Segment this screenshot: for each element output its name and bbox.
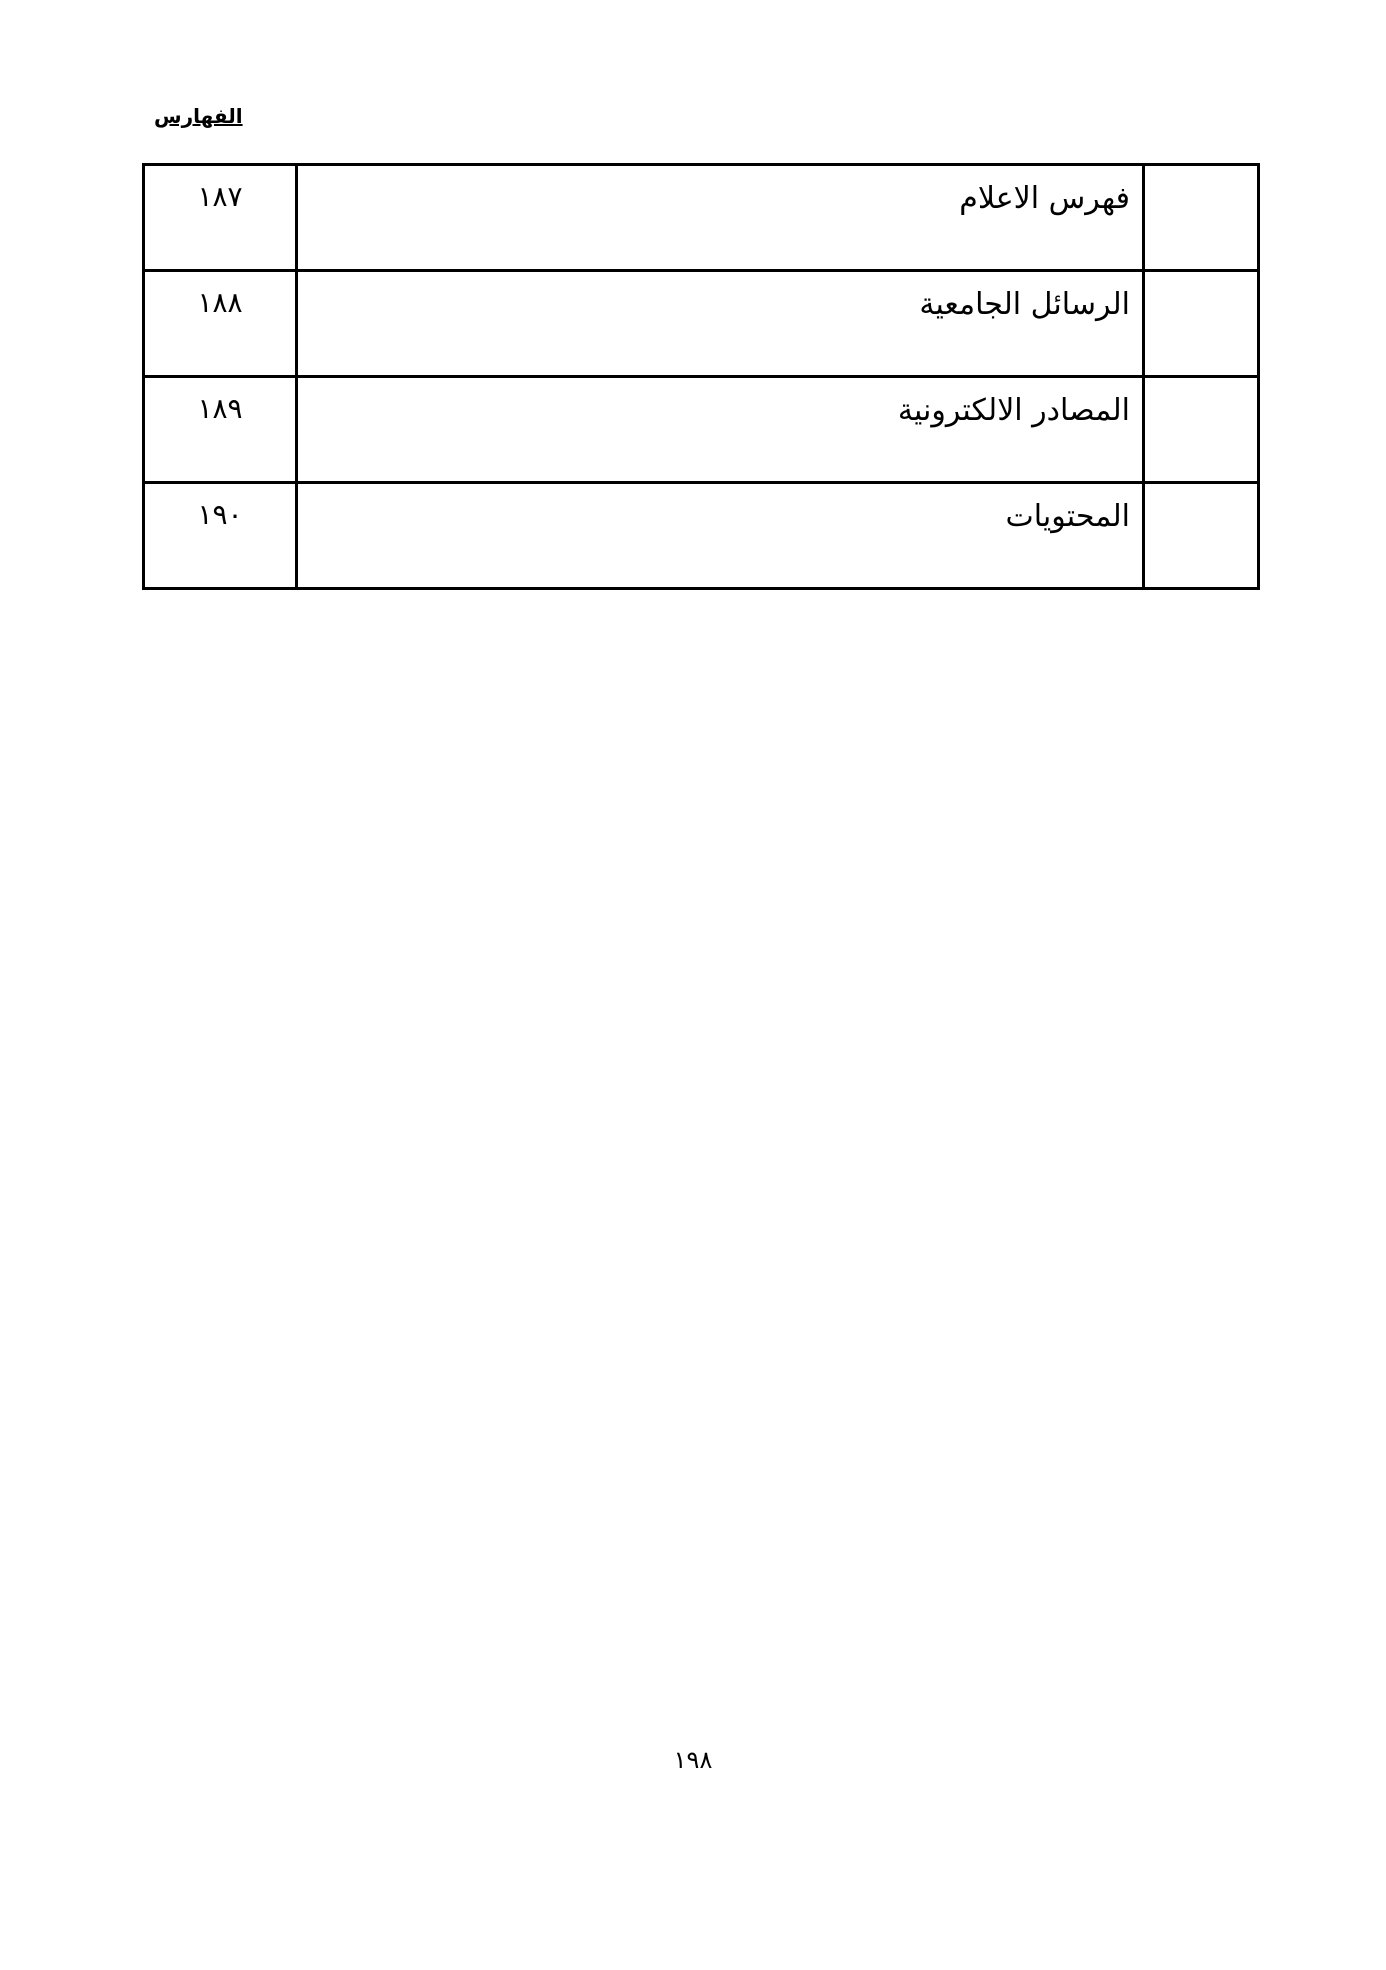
toc-row-page: ١٨٨ bbox=[144, 271, 297, 377]
running-header-title: الفهارس bbox=[154, 106, 243, 126]
toc-row-number bbox=[1144, 271, 1259, 377]
table-of-contents: فهرس الاعلام ١٨٧ الرسائل الجامعية ١٨٨ ال… bbox=[142, 163, 1260, 590]
table-row: فهرس الاعلام ١٨٧ bbox=[144, 165, 1259, 271]
table-row: الرسائل الجامعية ١٨٨ bbox=[144, 271, 1259, 377]
toc-row-number bbox=[1144, 377, 1259, 483]
toc-row-page: ١٨٧ bbox=[144, 165, 297, 271]
page-number: ١٩٨ bbox=[0, 1748, 1386, 1772]
table-row: المصادر الالكترونية ١٨٩ bbox=[144, 377, 1259, 483]
toc-row-title: الرسائل الجامعية bbox=[297, 271, 1144, 377]
toc-row-number bbox=[1144, 165, 1259, 271]
toc-row-title: المحتويات bbox=[297, 483, 1144, 589]
toc-row-page: ١٨٩ bbox=[144, 377, 297, 483]
toc-row-title: المصادر الالكترونية bbox=[297, 377, 1144, 483]
toc-row-title: فهرس الاعلام bbox=[297, 165, 1144, 271]
table-row: المحتويات ١٩٠ bbox=[144, 483, 1259, 589]
toc-row-number bbox=[1144, 483, 1259, 589]
toc-row-page: ١٩٠ bbox=[144, 483, 297, 589]
